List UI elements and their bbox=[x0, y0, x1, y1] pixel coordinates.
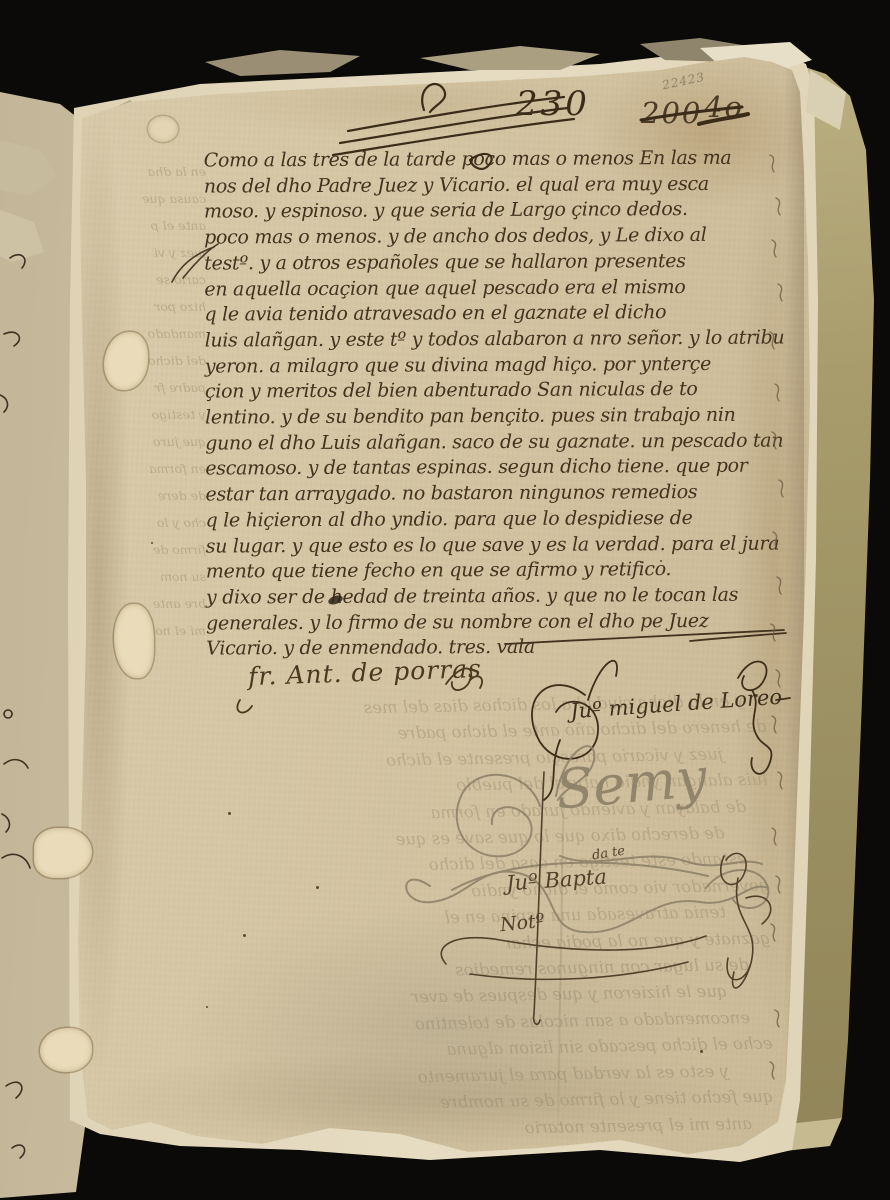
facing-page-ink-marks bbox=[0, 255, 30, 1158]
next-page-glyph-bits bbox=[770, 155, 783, 1079]
top-cancellation-flourish bbox=[333, 84, 574, 169]
folio-strikethrough bbox=[641, 107, 748, 124]
pencil-monogram-flourish bbox=[406, 746, 768, 932]
ink-flourishes bbox=[0, 0, 890, 1200]
vala-closing-dash bbox=[505, 630, 786, 644]
margin-slash bbox=[172, 244, 218, 282]
notary-rubric bbox=[441, 772, 770, 1024]
witness-signature-rubric bbox=[237, 668, 482, 712]
manuscript-scan: en la dhacausa queante el pjuez y vicari… bbox=[0, 0, 890, 1200]
judge-signature-rubric bbox=[532, 661, 790, 800]
